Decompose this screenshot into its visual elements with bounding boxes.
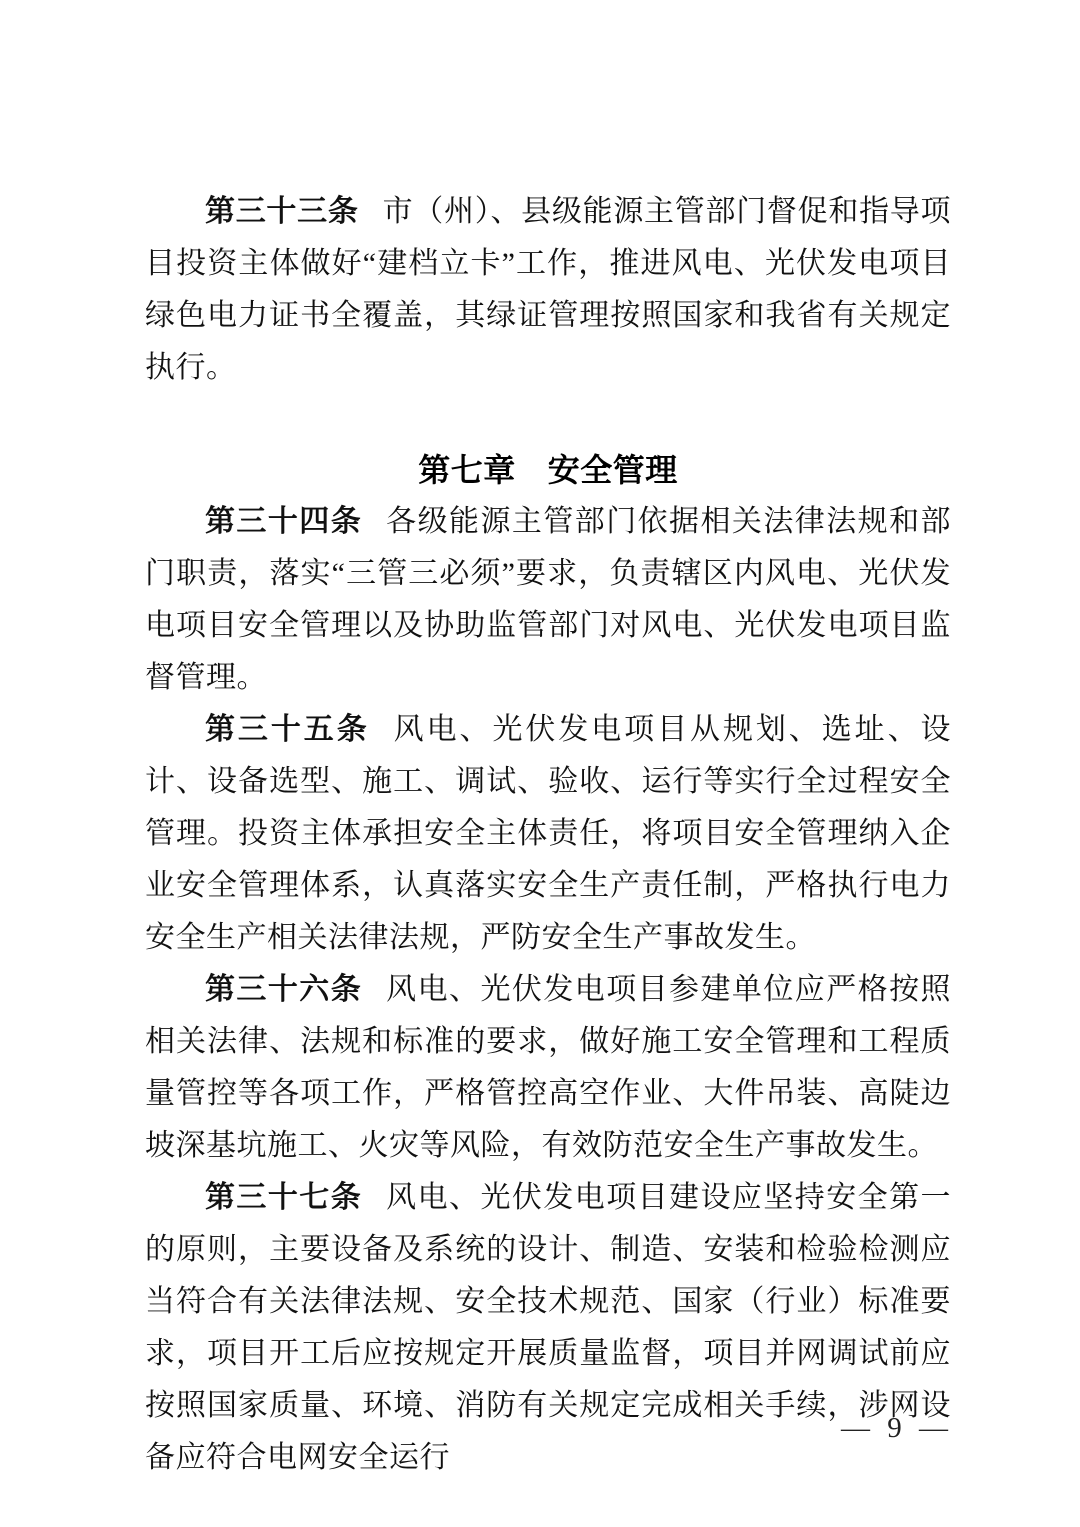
page-footer: — 9 — bbox=[841, 1410, 948, 1446]
article-34-number: 第三十四条 bbox=[205, 505, 362, 538]
article-35-number: 第三十五条 bbox=[205, 713, 370, 746]
article-35-paragraph: 第三十五条风电、光伏发电项目从规划、选址、设计、设备选型、施工、调试、验收、运行… bbox=[145, 704, 951, 964]
article-36-number: 第三十六条 bbox=[205, 973, 362, 1006]
document-body: 第三十三条市（州）、县级能源主管部门督促和指导项目投资主体做好“建档立卡”工作，… bbox=[145, 186, 951, 1484]
document-page: 第三十三条市（州）、县级能源主管部门督促和指导项目投资主体做好“建档立卡”工作，… bbox=[0, 0, 1080, 1527]
chapter-7-title: 安全管理 bbox=[548, 452, 678, 488]
chapter-7-number: 第七章 bbox=[418, 452, 516, 488]
article-34-paragraph: 第三十四条各级能源主管部门依据相关法律法规和部门职责，落实“三管三必须”要求，负… bbox=[145, 496, 951, 704]
article-36-paragraph: 第三十六条风电、光伏发电项目参建单位应严格按照相关法律、法规和标准的要求，做好施… bbox=[145, 964, 951, 1172]
page-number: — 9 — bbox=[841, 1412, 948, 1444]
article-37-number: 第三十七条 bbox=[205, 1181, 362, 1214]
article-37-paragraph: 第三十七条风电、光伏发电项目建设应坚持安全第一的原则，主要设备及系统的设计、制造… bbox=[145, 1172, 951, 1484]
article-33-paragraph: 第三十三条市（州）、县级能源主管部门督促和指导项目投资主体做好“建档立卡”工作，… bbox=[145, 186, 951, 394]
chapter-7-heading: 第七章安全管理 bbox=[145, 444, 951, 496]
article-37-body: 风电、光伏发电项目建设应坚持安全第一的原则，主要设备及系统的设计、制造、安装和检… bbox=[145, 1181, 951, 1474]
article-33-number: 第三十三条 bbox=[205, 195, 359, 228]
article-35-body: 风电、光伏发电项目从规划、选址、设计、设备选型、施工、调试、验收、运行等实行全过… bbox=[145, 713, 951, 954]
